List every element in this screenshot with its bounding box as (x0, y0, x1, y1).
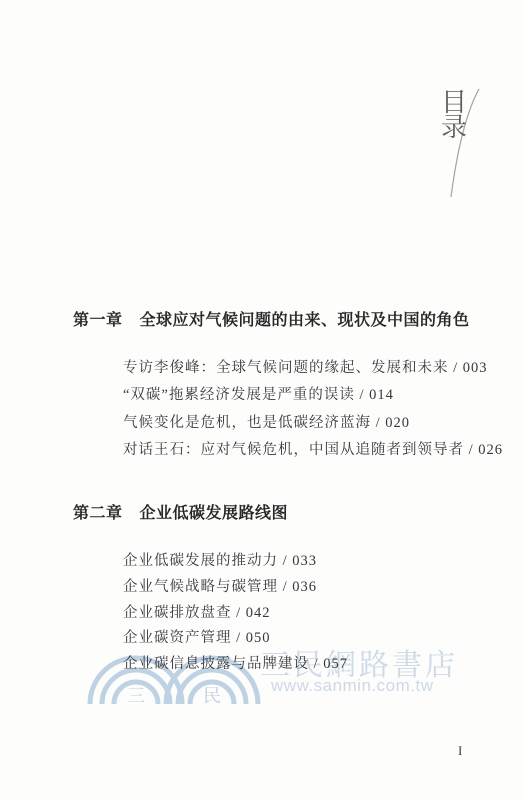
toc-entry-separator: / (464, 442, 478, 458)
toc-entry-page: 026 (478, 442, 503, 458)
toc-entry: 专访李俊峰：全球气候问题的缘起、发展和未来 / 003 (123, 355, 503, 382)
toc-entry-separator: / (449, 360, 463, 376)
chapter-1-label: 第一章 (73, 307, 123, 330)
toc-entry: 企业气候战略与碳管理 / 036 (123, 575, 348, 601)
toc-entry: “双碳”拖累经济发展是严重的误读 / 014 (123, 382, 503, 409)
toc-entry-text: 企业碳排放盘查 (123, 605, 232, 621)
book-toc-page: 目 录 第一章 全球应对气候问题的由来、现状及中国的角色 专访李俊峰：全球气候问… (0, 0, 524, 800)
toc-entry-text: 对话王石：应对气候危机，中国从追随者到领导者 (123, 442, 464, 458)
chapter-2-title: 企业低碳发展路线图 (140, 500, 289, 523)
page-number: I (458, 743, 462, 759)
toc-entry-text: 气候变化是危机，也是低碳经济蓝海 (123, 415, 371, 431)
toc-entry-text: 企业碳信息披露与品牌建设 (123, 656, 309, 672)
toc-entry-separator: / (232, 605, 246, 621)
toc-entry-text: 企业碳资产管理 (123, 630, 232, 646)
toc-entry-page: 020 (385, 415, 410, 431)
watermark-logo-char-right: 民 (203, 686, 221, 706)
toc-entry: 企业碳资产管理 / 050 (123, 626, 348, 652)
toc-entry-text: “双碳”拖累经济发展是严重的误读 (123, 387, 355, 403)
toc-title-vertical: 目 录 (436, 90, 472, 140)
toc-entry: 企业碳信息披露与品牌建设 / 057 (123, 652, 348, 678)
toc-entry-separator: / (309, 656, 323, 672)
toc-entry-text: 企业气候战略与碳管理 (123, 579, 278, 595)
toc-entry: 企业碳排放盘查 / 042 (123, 601, 348, 627)
toc-entry-page: 003 (463, 360, 488, 376)
toc-entry-separator: / (278, 553, 292, 569)
watermark-logo-char-left: 三 (127, 686, 145, 706)
toc-entry-page: 057 (323, 656, 348, 672)
toc-entry: 气候变化是危机，也是低碳经济蓝海 / 020 (123, 410, 503, 437)
toc-entry-page: 033 (292, 553, 317, 569)
toc-entry-page: 042 (246, 605, 271, 621)
toc-entry-separator: / (355, 387, 369, 403)
toc-entry-separator: / (371, 415, 385, 431)
toc-entry-text: 企业低碳发展的推动力 (123, 553, 278, 569)
toc-entry: 企业低碳发展的推动力 / 033 (123, 549, 348, 575)
chapter-2-label: 第二章 (73, 500, 123, 523)
toc-entry-separator: / (278, 579, 292, 595)
toc-entry-page: 014 (369, 387, 394, 403)
toc-entry-text: 专访李俊峰：全球气候问题的缘起、发展和未来 (123, 360, 449, 376)
toc-entry-page: 050 (246, 630, 271, 646)
toc-title-char-bottom: 录 (436, 115, 472, 140)
chapter-2-heading: 第二章 企业低碳发展路线图 (73, 500, 288, 523)
toc-entry-separator: / (232, 630, 246, 646)
toc-entry: 对话王石：应对气候危机，中国从追随者到领导者 / 026 (123, 437, 503, 464)
toc-entry-page: 036 (292, 579, 317, 595)
chapter-2-items: 企业低碳发展的推动力 / 033 企业气候战略与碳管理 / 036 企业碳排放盘… (123, 549, 348, 678)
watermark-url: www.sanmin.com.tw (271, 676, 433, 696)
chapter-1-heading: 第一章 全球应对气候问题的由来、现状及中国的角色 (73, 307, 470, 330)
chapter-1-title: 全球应对气候问题的由来、现状及中国的角色 (140, 307, 470, 330)
chapter-1-items: 专访李俊峰：全球气候问题的缘起、发展和未来 / 003 “双碳”拖累经济发展是严… (123, 355, 503, 464)
